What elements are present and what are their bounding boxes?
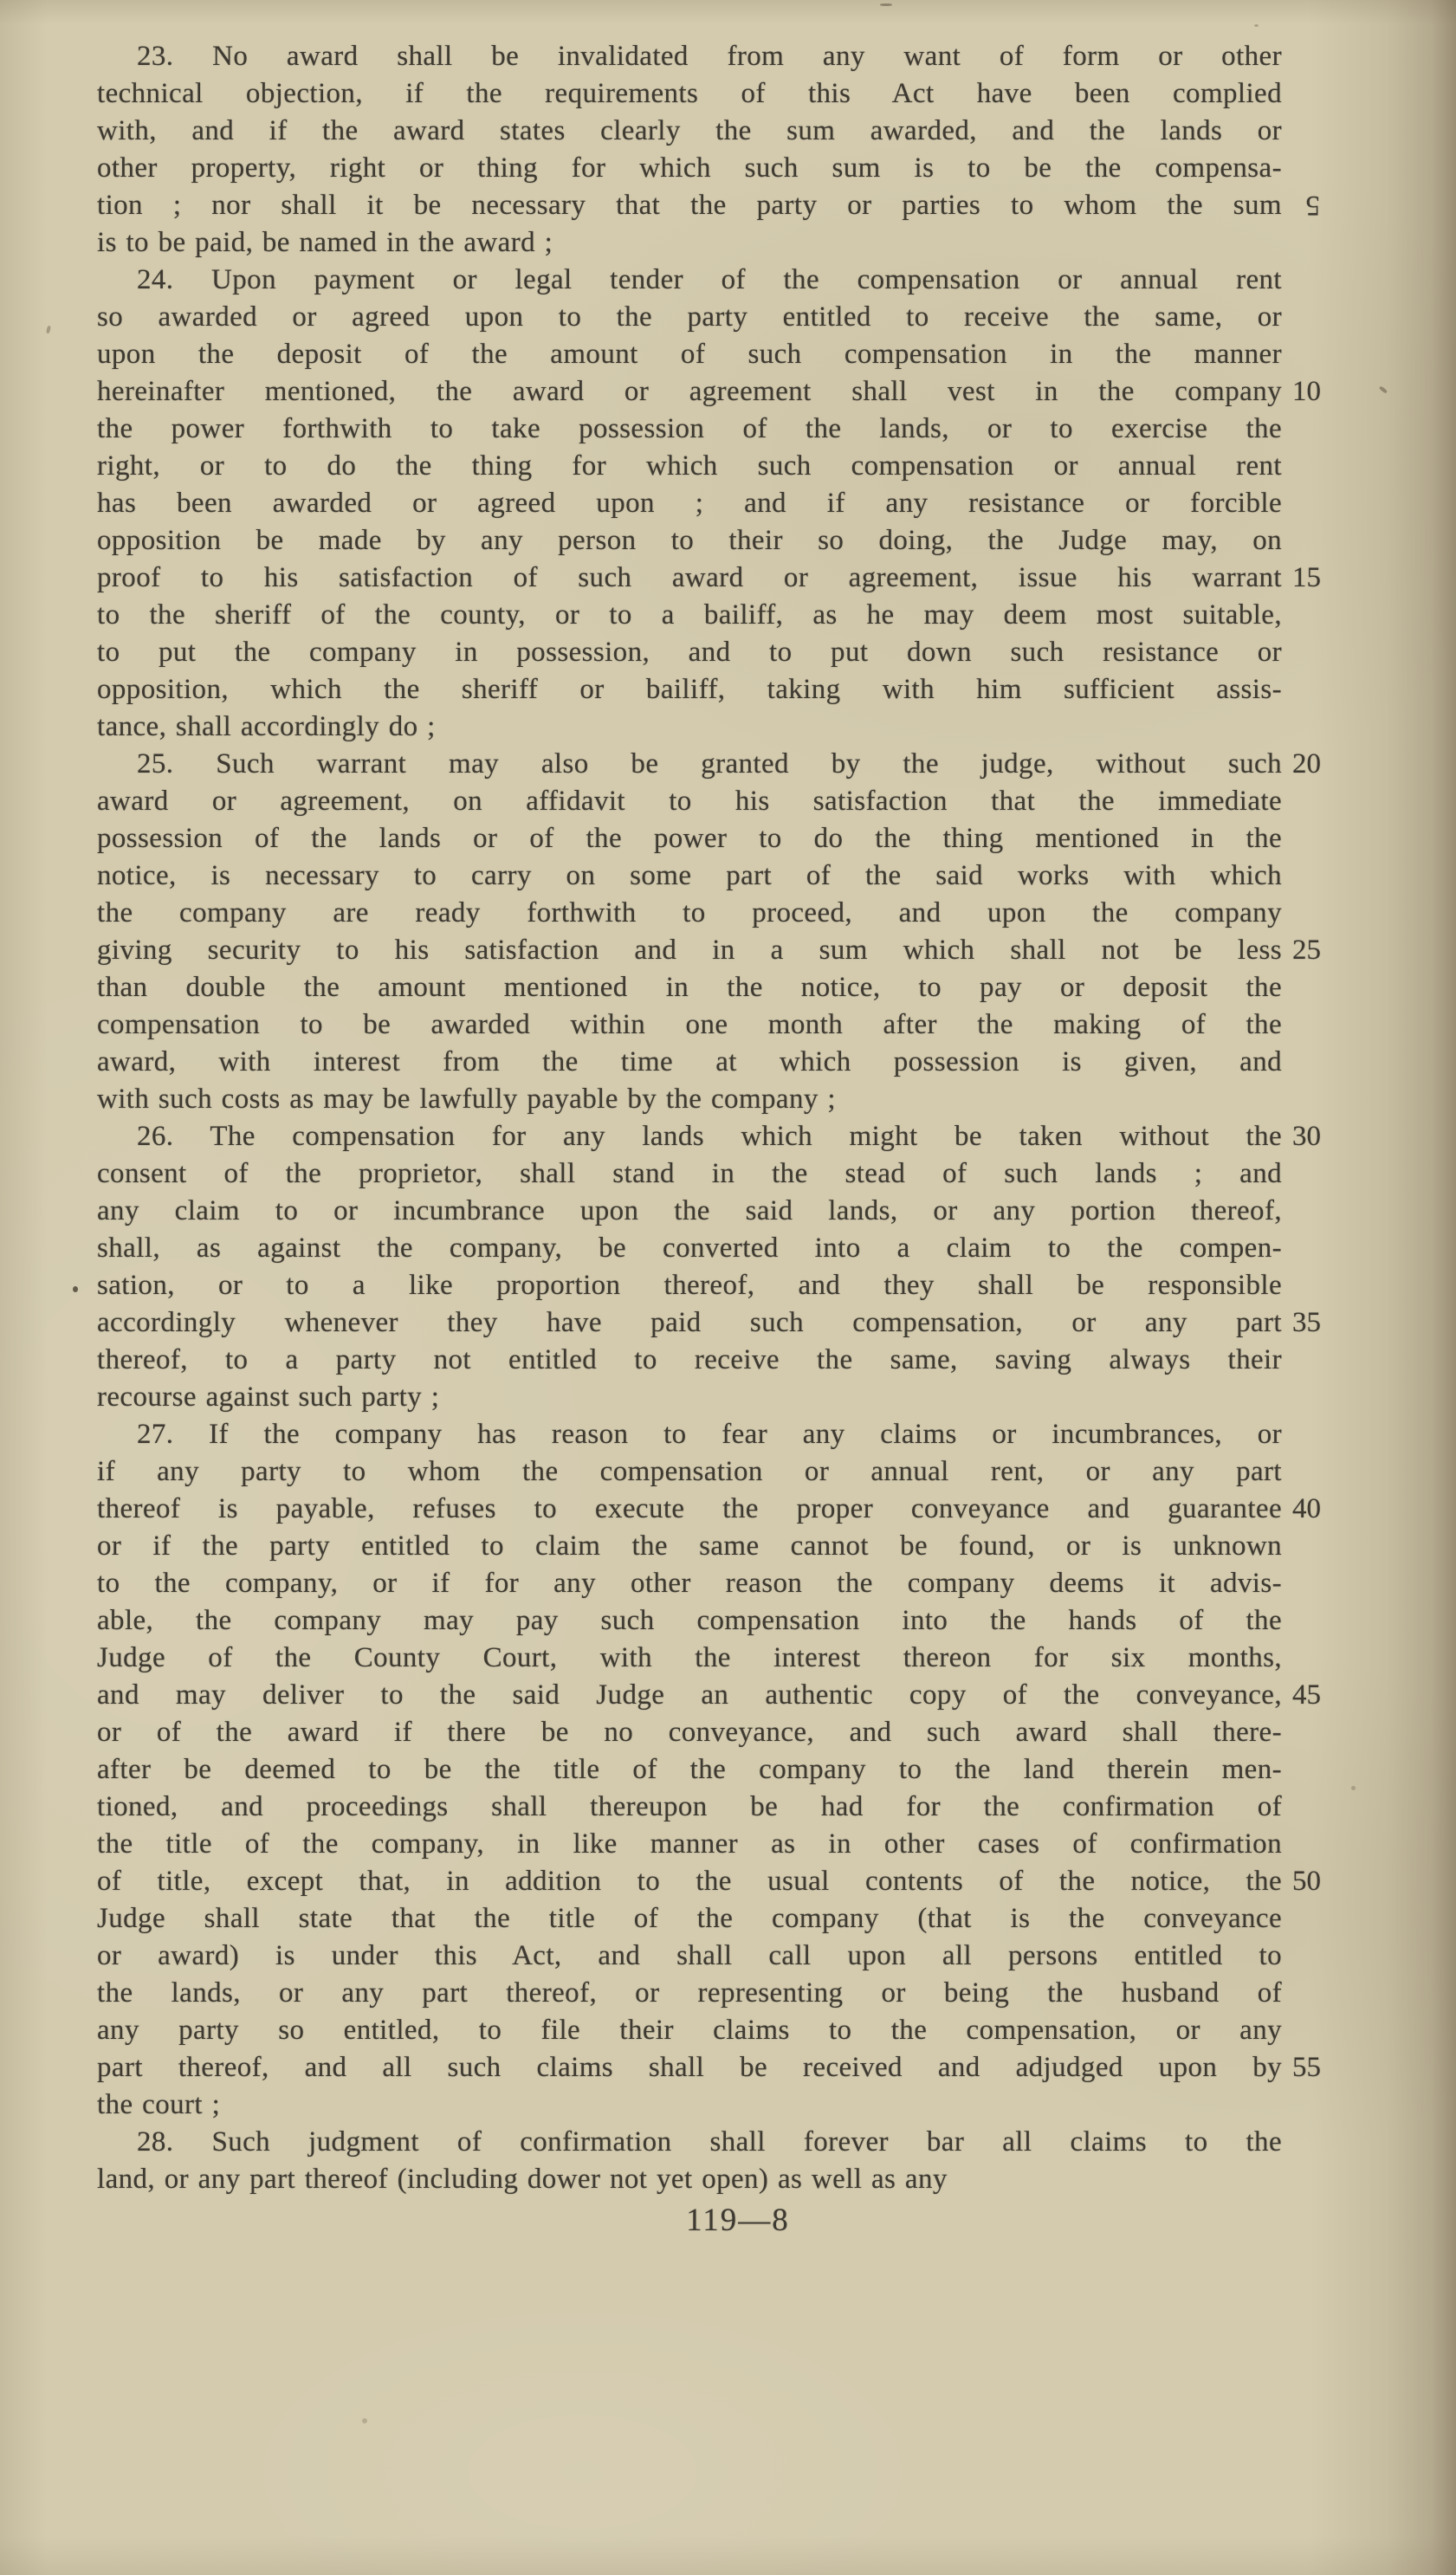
paper-speck	[1379, 385, 1388, 393]
text-line: the company are ready forthwith to proce…	[97, 895, 1282, 932]
paper-speck	[880, 3, 892, 6]
text-line: thereof, to a party not entitled to rece…	[97, 1342, 1282, 1379]
section-paragraph-27: 27. If the company has reason to fear an…	[97, 1416, 1282, 2124]
text-line: upon the deposit of the amount of such c…	[97, 336, 1282, 373]
text-line: any claim to or incumbrance upon the sai…	[97, 1193, 1282, 1230]
text-line: so awarded or agreed upon to the party e…	[97, 299, 1282, 336]
margin-line-number: 25	[1292, 932, 1362, 969]
text-line: possession of the lands or of the power …	[97, 820, 1282, 857]
margin-line-number: 20	[1292, 746, 1362, 783]
text-line: 27. If the company has reason to fear an…	[97, 1416, 1282, 1453]
text-line: giving security to his satisfaction and …	[97, 932, 1282, 969]
text-line: if any party to whom the compensation or…	[97, 1453, 1282, 1491]
text-line: 28. Such judgment of confirmation shall …	[97, 2124, 1282, 2161]
text-line: part thereof, and all such claims shall …	[97, 2049, 1282, 2087]
text-line: consent of the proprietor, shall stand i…	[97, 1155, 1282, 1193]
text-line: able, the company may pay such compensat…	[97, 1602, 1282, 1640]
text-line: to the company, or if for any other reas…	[97, 1565, 1282, 1602]
section-paragraph-25: 25. Such warrant may also be granted by …	[97, 746, 1282, 1118]
text-line: shall, as against the company, be conver…	[97, 1230, 1282, 1267]
text-line: after be deemed to be the title of the c…	[97, 1751, 1282, 1789]
text-line: the title of the company, in like manner…	[97, 1826, 1282, 1863]
margin-line-number: 5	[1292, 186, 1320, 223]
text-line: or of the award if there be no conveyanc…	[97, 1714, 1282, 1751]
scanned-page: 23. No award shall be invalidated from a…	[0, 0, 1456, 2575]
paper-speck	[46, 326, 51, 334]
text-line: than double the amount mentioned in the …	[97, 969, 1282, 1006]
section-paragraph-28: 28. Such judgment of confirmation shall …	[97, 2124, 1282, 2198]
text-line: with such costs as may be lawfully payab…	[97, 1081, 1282, 1118]
text-line: hereinafter mentioned, the award or agre…	[97, 373, 1282, 411]
text-line: notice, is necessary to carry on some pa…	[97, 857, 1282, 895]
text-line: 26. The compensation for any lands which…	[97, 1118, 1282, 1155]
paper-speck	[1351, 1786, 1356, 1790]
text-block: 23. No award shall be invalidated from a…	[97, 38, 1282, 2198]
margin-line-number: 15	[1292, 560, 1362, 597]
text-line: or if the party entitled to claim the sa…	[97, 1528, 1282, 1565]
text-line: opposition, which the sheriff or bailiff…	[97, 671, 1282, 708]
text-line: and may deliver to the said Judge an aut…	[97, 1677, 1282, 1714]
margin-line-number: 50	[1292, 1863, 1362, 1900]
paper-speck	[73, 1286, 78, 1292]
text-line: tioned, and proceedings shall thereupon …	[97, 1789, 1282, 1826]
text-line: 23. No award shall be invalidated from a…	[97, 38, 1282, 75]
text-line: opposition be made by any person to thei…	[97, 522, 1282, 560]
text-line: the lands, or any part thereof, or repre…	[97, 1975, 1282, 2012]
text-line: technical objection, if the requirements…	[97, 75, 1282, 113]
text-line: to put the company in possession, and to…	[97, 634, 1282, 671]
section-paragraph-24: 24. Upon payment or legal tender of the …	[97, 262, 1282, 746]
text-line: to the sheriff of the county, or to a ba…	[97, 597, 1282, 634]
margin-line-number: 45	[1292, 1677, 1362, 1714]
text-line: with, and if the award states clearly th…	[97, 113, 1282, 150]
text-line: thereof is payable, refuses to execute t…	[97, 1491, 1282, 1528]
text-line: other property, right or thing for which…	[97, 150, 1282, 187]
text-line: Judge shall state that the title of the …	[97, 1900, 1282, 1938]
text-line: award or agreement, on affidavit to his …	[97, 783, 1282, 820]
text-line: the court ;	[97, 2087, 1282, 2124]
text-line: the power forthwith to take possession o…	[97, 411, 1282, 448]
text-line: land, or any part thereof (including dow…	[97, 2161, 1282, 2198]
margin-line-number: 35	[1292, 1304, 1362, 1342]
text-line: 24. Upon payment or legal tender of the …	[97, 262, 1282, 299]
text-line: 25. Such warrant may also be granted by …	[97, 746, 1282, 783]
text-line: Judge of the County Court, with the inte…	[97, 1640, 1282, 1677]
text-line: proof to his satisfaction of such award …	[97, 560, 1282, 597]
text-line: award, with interest from the time at wh…	[97, 1044, 1282, 1081]
margin-line-number: 30	[1292, 1118, 1362, 1155]
text-line: recourse against such party ;	[97, 1379, 1282, 1416]
section-paragraph-26: 26. The compensation for any lands which…	[97, 1118, 1282, 1416]
text-line: compensation to be awarded within one mo…	[97, 1006, 1282, 1044]
text-line: or award) is under this Act, and shall c…	[97, 1938, 1282, 1975]
text-line: is to be paid, be named in the award ;	[97, 224, 1282, 262]
page-signature: 119—8	[146, 2202, 1330, 2239]
paper-speck	[1254, 24, 1259, 27]
text-line: tance, shall accordingly do ;	[97, 708, 1282, 746]
section-paragraph-23: 23. No award shall be invalidated from a…	[97, 38, 1282, 262]
text-line: accordingly whenever they have paid such…	[97, 1304, 1282, 1342]
text-line: tion ; nor shall it be necessary that th…	[97, 187, 1282, 224]
text-line: of title, except that, in addition to th…	[97, 1863, 1282, 1900]
text-line: right, or to do the thing for which such…	[97, 448, 1282, 485]
margin-line-number: 40	[1292, 1491, 1362, 1528]
margin-line-number: 55	[1292, 2049, 1362, 2087]
margin-line-number: 10	[1292, 373, 1362, 411]
text-line: any party so entitled, to file their cla…	[97, 2012, 1282, 2049]
paper-speck	[362, 2418, 367, 2423]
text-line: sation, or to a like proportion thereof,…	[97, 1267, 1282, 1304]
text-line: has been awarded or agreed upon ; and if…	[97, 485, 1282, 522]
